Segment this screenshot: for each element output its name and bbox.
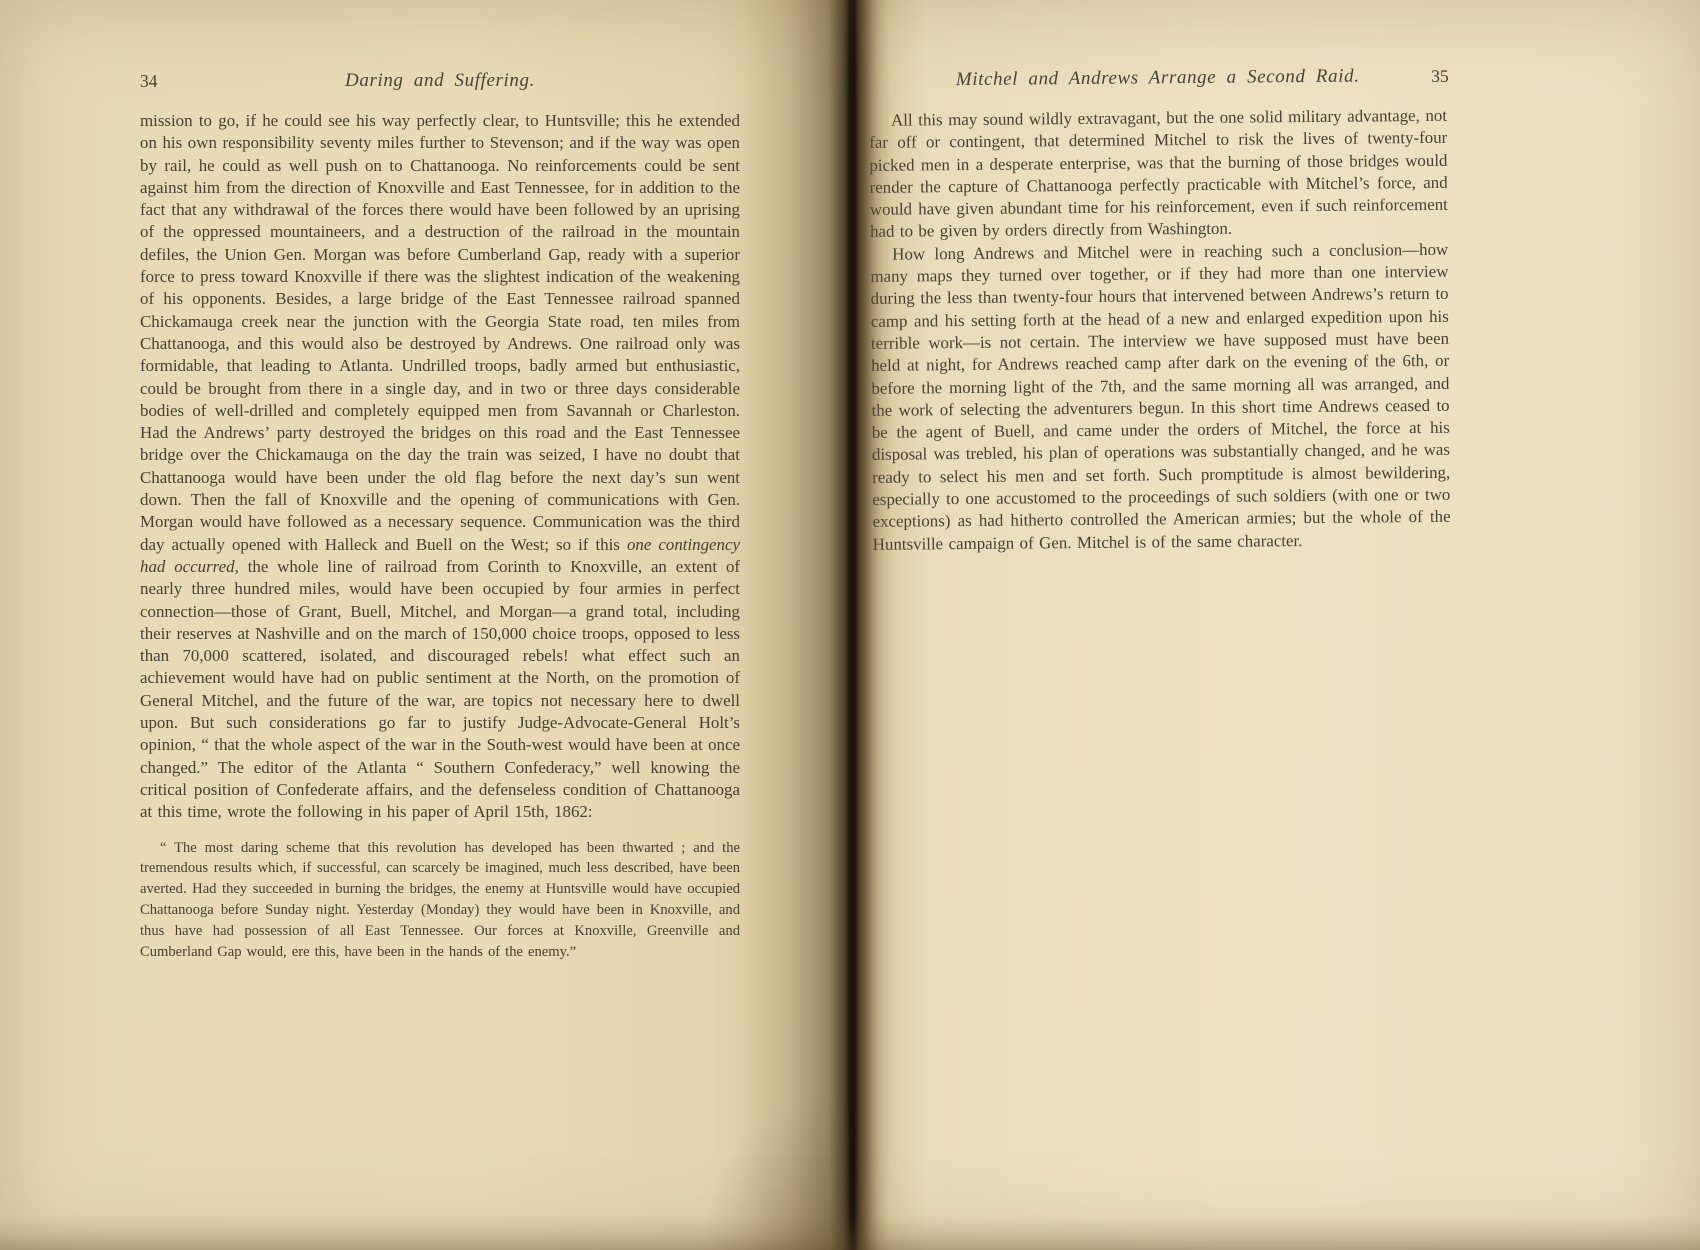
paragraph-1: All this may sound wildly extravagant, b… (869, 105, 1448, 244)
running-head-left: Daring and Suffering. (140, 70, 740, 92)
paragraph-text-after-emphasis: the whole line of railroad from Corinth … (140, 557, 740, 821)
paragraph-text-before-emphasis: mission to go, if he could see his way p… (140, 111, 740, 554)
newspaper-quote: “ The most daring scheme that this revol… (140, 838, 740, 963)
paragraph-2: How long Andrews and Mitchel were in rea… (870, 239, 1451, 556)
right-page-text-block: All this may sound wildly extravagant, b… (869, 105, 1451, 556)
body-paragraph: mission to go, if he could see his way p… (140, 110, 740, 824)
book-scan: { "book": { "left_page": { "page_number"… (0, 0, 1700, 1250)
left-page-text-block: mission to go, if he could see his way p… (140, 110, 740, 963)
